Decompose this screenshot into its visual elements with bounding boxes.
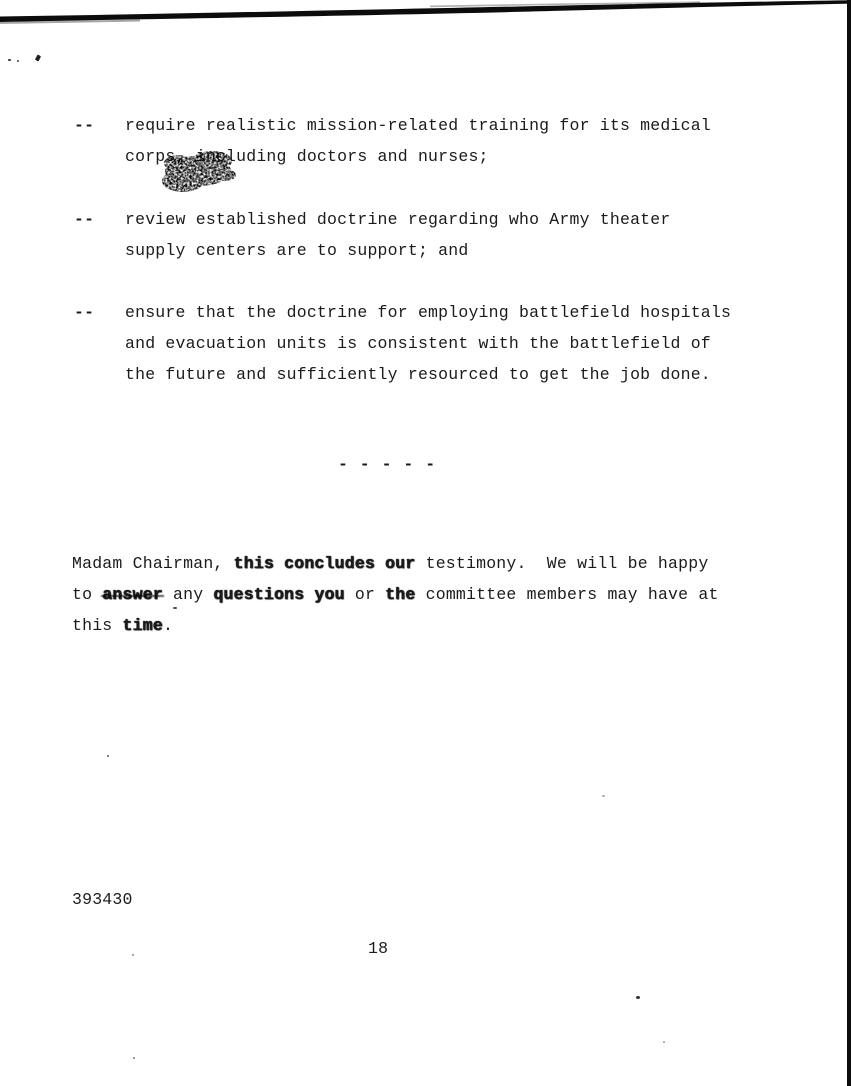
text-segment: . (163, 616, 173, 635)
scan-speck (133, 1057, 135, 1059)
scanned-document-page: -- require realistic mission-related tra… (0, 0, 851, 1086)
text-segment: any (163, 585, 214, 604)
text-segment: this (72, 616, 123, 635)
scan-speck (107, 755, 109, 757)
bullet-item-2: -- review established doctrine regarding… (74, 204, 671, 266)
margin-dot-1 (8, 59, 11, 61)
text-segment: Madam Chairman, (72, 554, 234, 573)
scan-speck (132, 954, 134, 956)
text-segment: committee members may have at (416, 585, 719, 604)
text-segment: or (345, 585, 385, 604)
bullet-marker: -- (74, 297, 94, 328)
scan-speck (636, 996, 640, 999)
smudged-text: the (385, 585, 415, 604)
smudged-text: time (123, 616, 163, 635)
smudged-text: answer (102, 585, 163, 604)
paragraph-line: this time. (72, 610, 719, 641)
smudged-text: this concludes our (234, 554, 416, 573)
text-segment: to (72, 585, 102, 604)
closing-paragraph: Madam Chairman, this concludes our testi… (72, 548, 719, 641)
scan-speck (602, 795, 605, 797)
margin-tick (35, 54, 41, 61)
ink-smudge-blob (150, 145, 250, 200)
bullet-item-3: -- ensure that the doctrine for employin… (74, 297, 731, 390)
bullet-line: supply centers are to support; and (125, 235, 671, 266)
bullet-marker: -- (74, 204, 94, 235)
text-segment: testimony. We will be happy (415, 554, 708, 573)
paragraph-line: Madam Chairman, this concludes our testi… (72, 548, 719, 579)
margin-dot-2 (17, 60, 19, 62)
bullet-marker: -- (74, 110, 94, 141)
document-number: 393430 (72, 884, 133, 915)
bullet-line: ensure that the doctrine for employing b… (125, 297, 731, 328)
bullet-line: the future and sufficiently resourced to… (125, 359, 731, 390)
bullet-line: review established doctrine regarding wh… (125, 204, 671, 235)
bullet-line: require realistic mission-related traini… (125, 110, 711, 141)
section-separator: - - - - - (338, 449, 436, 480)
scan-speck (173, 607, 177, 609)
bullet-line: and evacuation units is consistent with … (125, 328, 731, 359)
scan-edge-bar-right (847, 0, 851, 1086)
scan-streak-top (0, 0, 851, 28)
smudged-text: questions you (213, 585, 344, 604)
scan-speck (663, 1041, 665, 1043)
paragraph-line: to answer any questions you or the commi… (72, 579, 719, 610)
page-number: 18 (368, 933, 388, 964)
